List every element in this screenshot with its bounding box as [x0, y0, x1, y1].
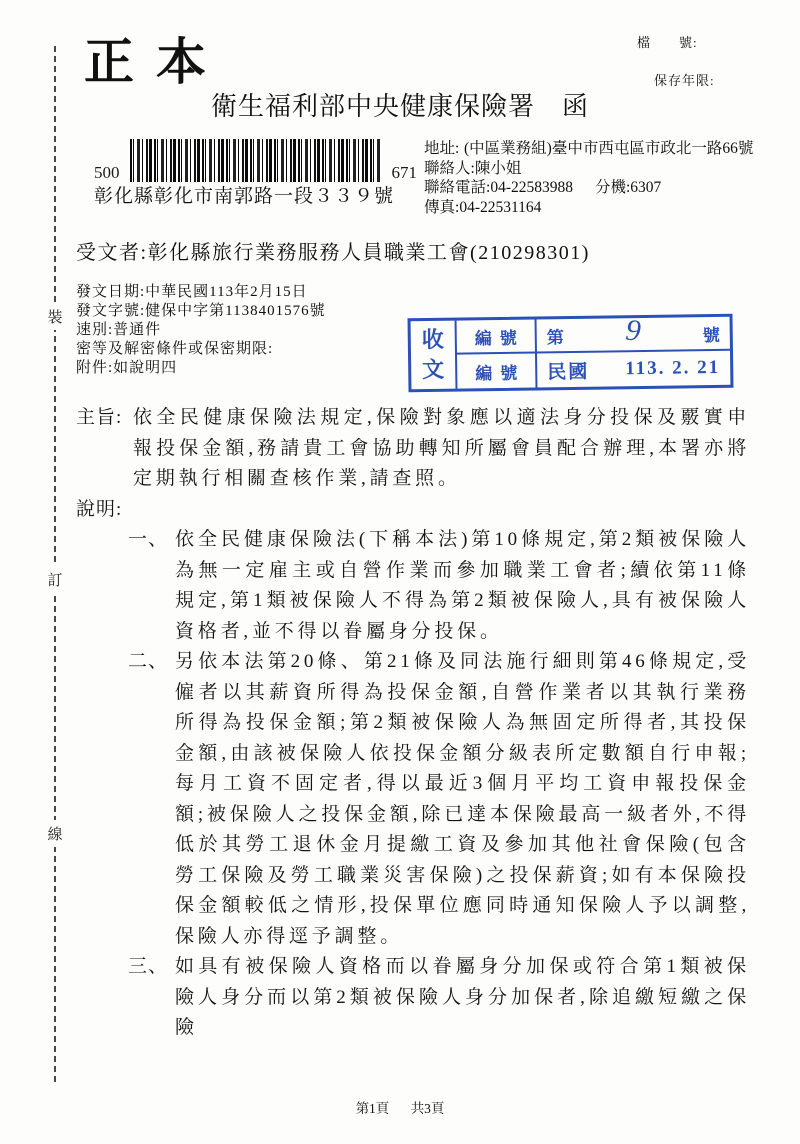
stamp-row2-label: 編號 — [457, 353, 537, 388]
barcode-row: 500 671 — [94, 138, 424, 182]
stamp-row1-label: 編號 — [457, 319, 537, 354]
stamp-row1-value: 第 9 號 — [537, 317, 730, 354]
stamp-handwritten-number: 9 — [624, 314, 642, 349]
meta-value: 中華民國113年2月15日 — [145, 284, 307, 300]
subject-paragraph: 主旨:依全民健康保險法規定,保險對象應以適法身分投保及覈實申報投保金額,務請貴工… — [76, 403, 750, 495]
item-number: 二、 — [128, 647, 168, 678]
meta-speed: 速別:普通件 — [76, 321, 326, 340]
binding-dashed-line — [54, 46, 56, 1082]
meta-value: 普通件 — [113, 322, 161, 338]
meta-label: 發文字號: — [76, 303, 145, 319]
item-text: 如具有被保險人資格而以眷屬身分加保或符合第1類被保險人身分而以第2類被保險人身分… — [175, 956, 750, 1038]
meta-attachment: 附件:如說明四 — [76, 359, 326, 378]
contact-ext-value: 6307 — [630, 179, 661, 196]
contact-address-value: (中區業務組)臺中市西屯區市政北一路66號 — [464, 140, 753, 157]
contact-block: 地址:(中區業務組)臺中市西屯區市政北一路66號 聯絡人:陳小姐 聯絡電話:04… — [424, 139, 776, 217]
meta-label: 附件: — [76, 360, 113, 376]
page-footer: 第1頁 共3頁 — [0, 1097, 800, 1117]
copy-type-label: 正本 — [84, 22, 228, 94]
binding-mark-zhuang: 裝 — [45, 303, 65, 330]
recipient-line: 受文者:彰化縣旅行業務服務人員職業工會(210298301) — [76, 236, 590, 265]
contact-address-label: 地址: — [424, 139, 459, 159]
contact-fax-value: 04-22531164 — [459, 199, 541, 216]
recipient-postal-address: 彰化縣彰化市南郭路一段３３９號 — [94, 181, 394, 208]
binding-mark-ding: 訂 — [45, 566, 65, 593]
contact-fax-label: 傳真: — [424, 199, 459, 216]
item-number: 三、 — [128, 952, 168, 983]
stamp-recv-char-bottom: 文 — [422, 359, 444, 381]
subject-label: 主旨: — [76, 403, 122, 434]
letter-body: 主旨:依全民健康保險法規定,保險對象應以適法身分投保及覈實申報投保金額,務請貴工… — [76, 403, 750, 1044]
meta-label: 發文日期: — [76, 284, 145, 300]
item-text: 依全民健康保險法(下稱本法)第10條規定,第2類被保險人為無一定雇主或自營作業而… — [175, 529, 750, 642]
recipient-label: 受文者: — [76, 242, 148, 264]
stamp-number-prefix: 第 — [547, 323, 564, 348]
recipient-value: 彰化縣旅行業務服務人員職業工會(210298301) — [148, 242, 590, 264]
contact-phone-label: 聯絡電話: — [424, 179, 490, 196]
barcode-right-number: 671 — [392, 164, 418, 182]
stamp-era-label: 民國 — [547, 356, 589, 384]
explanation-item-3: 三、如具有被保險人資格而以眷屬身分加保或符合第1類被保險人身分而以第2類被保險人… — [76, 952, 750, 1044]
contact-address-line: 地址:(中區業務組)臺中市西屯區市政北一路66號 — [424, 139, 776, 159]
stamp-row2-value: 民國 113. 2. 21 — [537, 351, 730, 388]
contact-fax-line: 傳真:04-22531164 — [424, 198, 776, 218]
meta-issue-date: 發文日期:中華民國113年2月15日 — [76, 283, 326, 302]
explanation-heading: 說明: — [76, 495, 750, 526]
subject-text: 依全民健康保險法規定,保險對象應以適法身分投保及覈實申報投保金額,務請貴工會協助… — [133, 407, 750, 489]
binding-mark-xian: 線 — [45, 820, 65, 847]
barcode-left-number: 500 — [94, 164, 120, 182]
stamp-number-suffix: 號 — [703, 320, 720, 345]
page-total: 共3頁 — [411, 1101, 445, 1116]
file-no-label: 檔 號: — [637, 35, 698, 50]
meta-value: 健保中字第1138401576號 — [145, 303, 325, 319]
meta-value: 如說明四 — [113, 360, 177, 376]
meta-label: 密等及解密條件或保密期限: — [76, 341, 273, 357]
meta-security: 密等及解密條件或保密期限: — [76, 340, 326, 359]
page-current: 第1頁 — [356, 1101, 390, 1116]
received-stamp: 收 文 編號 第 9 號 編號 民國 113. 2. 21 — [407, 314, 733, 393]
stamp-recv-char-top: 收 — [422, 329, 444, 351]
contact-ext-label: 分機: — [595, 179, 630, 196]
item-text: 另依本法第20條、第21條及同法施行細則第46條規定,受僱者以其薪資所得為投保金… — [175, 651, 750, 947]
explanation-item-2: 二、另依本法第20條、第21條及同法施行細則第46條規定,受僱者以其薪資所得為投… — [76, 647, 750, 952]
contact-person-label: 聯絡人: — [424, 160, 475, 177]
contact-phone-value: 04-22583988 — [490, 179, 573, 196]
stamp-received-label: 收 文 — [411, 321, 458, 390]
contact-person-value: 陳小姐 — [475, 160, 522, 177]
stamp-date-value: 113. 2. 21 — [625, 357, 720, 380]
meta-label: 速別: — [76, 322, 113, 338]
meta-block: 發文日期:中華民國113年2月15日 發文字號:健保中字第1138401576號… — [76, 283, 326, 378]
document-page: 裝 訂 線 正本 檔 號: 保存年限: 衛生福利部中央健康保險署 函 500 6… — [0, 0, 800, 1144]
meta-doc-number: 發文字號:健保中字第1138401576號 — [76, 302, 326, 321]
document-title: 衛生福利部中央健康保險署 函 — [0, 86, 800, 123]
explanation-item-1: 一、依全民健康保險法(下稱本法)第10條規定,第2類被保險人為無一定雇主或自營作… — [76, 525, 750, 647]
barcode — [130, 139, 382, 182]
contact-phone-line: 聯絡電話:04-22583988分機:6307 — [424, 178, 776, 198]
contact-person-line: 聯絡人:陳小姐 — [424, 159, 776, 179]
item-number: 一、 — [128, 525, 168, 556]
